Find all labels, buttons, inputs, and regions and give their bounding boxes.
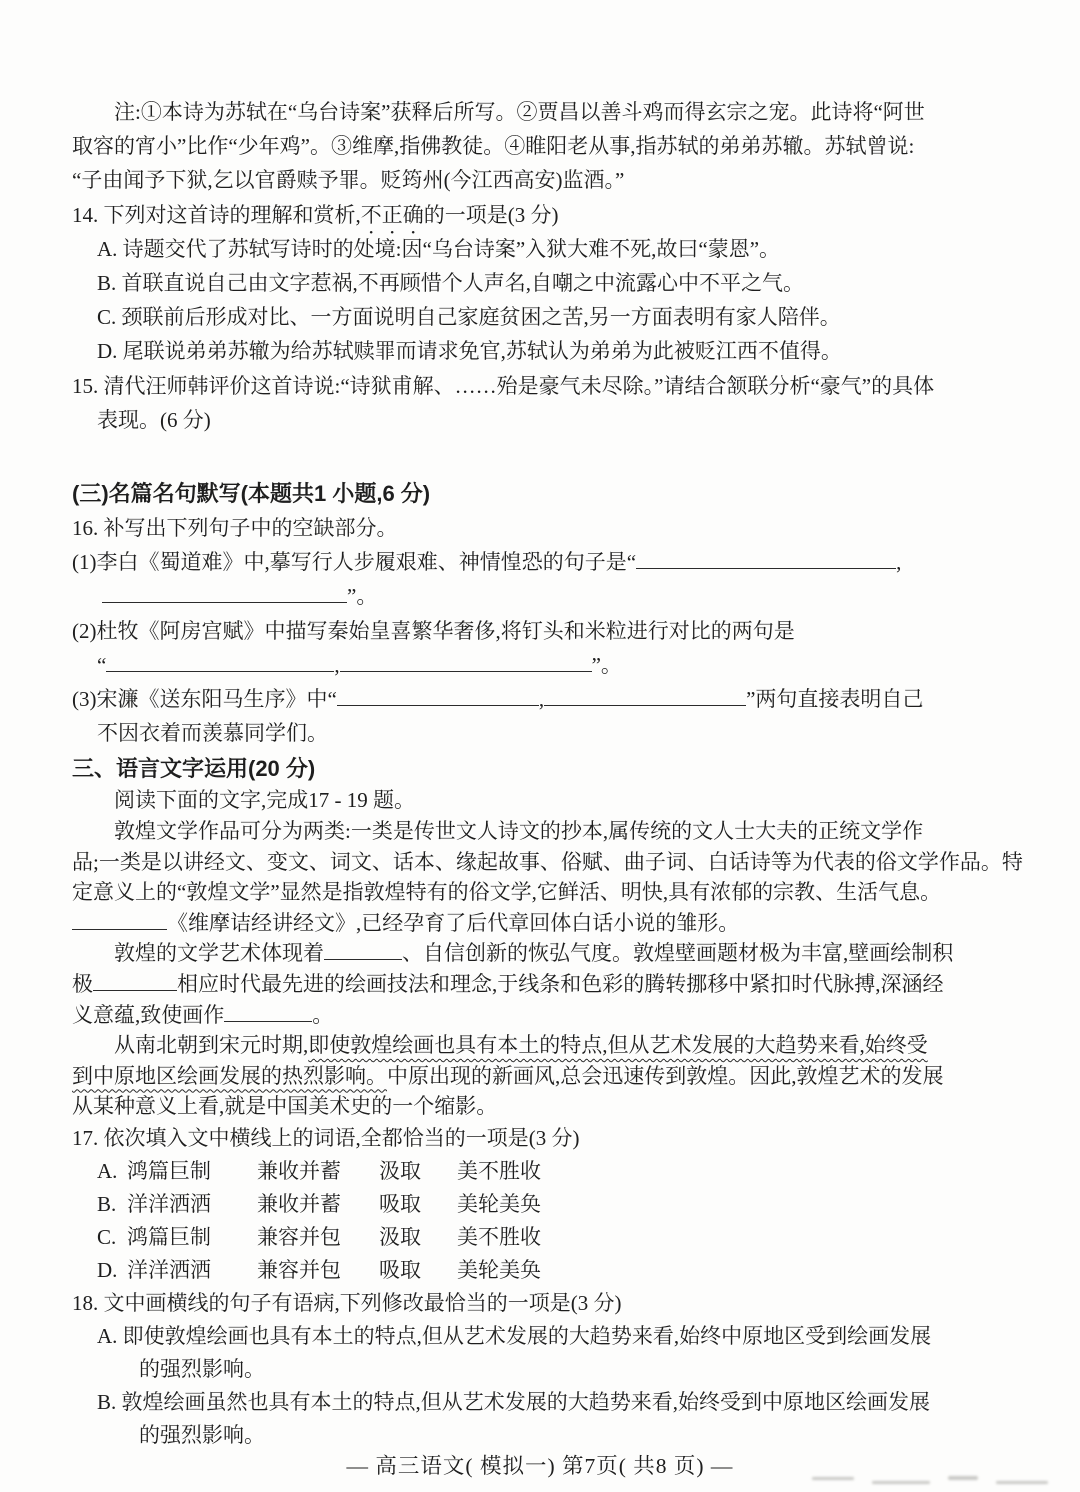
question-16-item-2-line-2: “,”。 bbox=[72, 648, 1042, 682]
answer-blank-line bbox=[106, 667, 334, 672]
question-17-option-a: A.鸿篇巨制兼收并蓄汲取美不胜收 bbox=[72, 1155, 1042, 1188]
option-text: 的强烈影响。 bbox=[139, 1423, 265, 1447]
poem-note-line-1: 注:①本诗为苏轼在“乌台诗案”获释后所写。②贾昌以善斗鸡而得玄宗之宠。此诗将“阿… bbox=[72, 95, 1042, 129]
bleed-through-artifact bbox=[996, 1481, 1048, 1484]
option-word-1: 洋洋洒洒 bbox=[127, 1188, 257, 1221]
passage-text: 从南北朝到宋元时期, bbox=[114, 1033, 308, 1057]
wavy-underlined-text: 到中原地区绘画发展的热烈影响。 bbox=[72, 1064, 387, 1088]
fill-in-blank-line bbox=[72, 925, 167, 930]
item-text: 不因衣着而羡慕同学们。 bbox=[97, 721, 328, 745]
question-14-option-d: D. 尾联说弟弟苏辙为给苏轼赎罪而请求免官,苏轼认为弟弟为此被贬江西不值得。 bbox=[72, 334, 1042, 368]
item-text: “ bbox=[97, 653, 106, 677]
question-14-stem: 14. 下列对这首诗的理解和赏析,不正确的一项是(3 分) bbox=[72, 198, 1042, 232]
answer-blank-line bbox=[340, 667, 592, 672]
question-18-stem: 18. 文中画横线的句子有语病,下列修改最恰当的一项是(3 分) bbox=[72, 1287, 1042, 1320]
item-text: ”。 bbox=[592, 653, 622, 677]
option-label: D. bbox=[97, 1254, 127, 1287]
passage-p1-line-1: 敦煌文学作品可分为两类:一类是传世文人诗文的抄本,属传统的文人士大夫的正统文学作 bbox=[72, 816, 1042, 847]
question-16-item-1-line-2: ”。 bbox=[72, 579, 1042, 613]
intro-text: 阅读下面的文字,完成17 - 19 题。 bbox=[114, 788, 415, 812]
page-footer: — 高三语文( 模拟一) 第7页( 共8 页) — bbox=[0, 1449, 1080, 1480]
question-18-option-b-line-2: 的强烈影响。 bbox=[72, 1419, 1042, 1452]
passage-text: 、自信创新的恢弘气度。敦煌壁画题材极为丰富,壁画绘制积 bbox=[402, 941, 953, 965]
passage-p2-line-3: 义意蕴,致使画作。 bbox=[72, 1000, 1042, 1031]
passage-p3-line-3: 从某种意义上看,就是中国美术史的一个缩影。 bbox=[72, 1091, 1042, 1122]
option-word-3: 汲取 bbox=[379, 1221, 457, 1254]
item-text: (3)宋濂《送东阳马生序》中“ bbox=[72, 687, 337, 711]
answer-blank-line bbox=[337, 701, 539, 706]
option-word-2: 兼收并蓄 bbox=[257, 1188, 379, 1221]
stem-text: 14. 下列对这首诗的理解和赏析, bbox=[72, 203, 361, 227]
option-word-3: 汲取 bbox=[379, 1155, 457, 1188]
note-text: 注:①本诗为苏轼在“乌台诗案”获释后所写。②贾昌以善斗鸡而得玄宗之宠。此诗将“阿… bbox=[114, 100, 925, 124]
option-text: B. 首联直说自己由文字惹祸,不再顾惜个人声名,自嘲之中流露心中不平之气。 bbox=[97, 271, 804, 295]
passage-p3-line-2: 到中原地区绘画发展的热烈影响。中原出现的新画风,总会迅速传到敦煌。因此,敦煌艺术… bbox=[72, 1061, 1042, 1092]
option-word-1: 鸿篇巨制 bbox=[127, 1221, 257, 1254]
passage-p2-line-1: 敦煌的文学艺术体现着、自信创新的恢弘气度。敦煌壁画题材极为丰富,壁画绘制积 bbox=[72, 938, 1042, 969]
section-moxie-title: (三)名篇名句默写(本题共1 小题,6 分) bbox=[72, 477, 1042, 511]
item-text: ”。 bbox=[347, 584, 377, 608]
passage-p3-line-1: 从南北朝到宋元时期,即使敦煌绘画也具有本土的特点,但从艺术发展的大趋势来看,始终… bbox=[72, 1030, 1042, 1061]
stem-text: 的一项是(3 分) bbox=[424, 203, 559, 227]
option-word-3: 吸取 bbox=[379, 1188, 457, 1221]
note-text: “子由闻予下狱,乞以官爵赎予罪。贬筠州(今江西高安)监酒。” bbox=[72, 168, 624, 192]
stem-text: 16. 补写出下列句子中的空缺部分。 bbox=[72, 516, 398, 540]
passage-intro: 阅读下面的文字,完成17 - 19 题。 bbox=[72, 785, 1042, 816]
section-lang-title: 三、语言文字运用(20 分) bbox=[72, 753, 1042, 785]
question-15-stem-line-1: 15. 清代汪师韩评价这首诗说:“诗狱甫解、……殆是豪气未尽除。”请结合颔联分析… bbox=[72, 369, 1042, 403]
wavy-underlined-text: 即使敦煌绘画也具有本土的特点,但从艺术发展的大趋势来看,始终受 bbox=[308, 1033, 928, 1057]
poem-note-line-2: 取容的宵小”比作“少年鸡”。③维摩,指佛教徒。④睢阳老从事,指苏轼的弟弟苏辙。苏… bbox=[72, 129, 1042, 163]
item-text: , bbox=[896, 550, 901, 574]
option-label: C. bbox=[97, 1221, 127, 1254]
passage-p2-line-2: 极相应时代最先进的绘画技法和理念,于线条和色彩的腾转挪移中紧扣时代脉搏,深涵经 bbox=[72, 969, 1042, 1000]
passage-text: 极 bbox=[72, 972, 93, 996]
item-text: , bbox=[334, 653, 339, 677]
option-word-2: 兼容并包 bbox=[257, 1254, 379, 1287]
bleed-through-artifact bbox=[948, 1476, 978, 1480]
passage-p1-line-3: 定意义上的“敦煌文学”显然是指敦煌特有的俗文学,它鲜活、明快,具有浓郁的宗教、生… bbox=[72, 877, 1042, 908]
question-14-option-b: B. 首联直说自己由文字惹祸,不再顾惜个人声名,自嘲之中流露心中不平之气。 bbox=[72, 266, 1042, 300]
passage-text: 敦煌的文学艺术体现着 bbox=[114, 941, 324, 965]
question-16-stem: 16. 补写出下列句子中的空缺部分。 bbox=[72, 511, 1042, 545]
poem-note-line-3: “子由闻予下狱,乞以官爵赎予罪。贬筠州(今江西高安)监酒。” bbox=[72, 163, 1042, 197]
option-text: B. 敦煌绘画虽然也具有本土的特点,但从艺术发展的大趋势来看,始终受到中原地区绘… bbox=[97, 1390, 930, 1414]
question-16-item-1-line-1: (1)李白《蜀道难》中,摹写行人步履艰难、神情惶恐的句子是“, bbox=[72, 545, 1042, 579]
bleed-through-artifact bbox=[812, 1477, 854, 1480]
option-word-4: 美不胜收 bbox=[457, 1155, 541, 1188]
question-18-option-a-line-1: A. 即使敦煌绘画也具有本土的特点,但从艺术发展的大趋势来看,始终中原地区受到绘… bbox=[72, 1320, 1042, 1353]
answer-blank-line bbox=[544, 701, 746, 706]
passage-text: 中原出现的新画风,总会迅速传到敦煌。因此,敦煌艺术的发展 bbox=[387, 1064, 944, 1088]
stem-text: 15. 清代汪师韩评价这首诗说:“诗狱甫解、……殆是豪气未尽除。”请结合颔联分析… bbox=[72, 374, 934, 398]
question-15-stem-line-2: 表现。(6 分) bbox=[72, 403, 1042, 437]
option-text: 的强烈影响。 bbox=[139, 1357, 265, 1381]
option-text: D. 尾联说弟弟苏辙为给苏轼赎罪而请求免官,苏轼认为弟弟为此被贬江西不值得。 bbox=[97, 339, 842, 363]
option-label: A. bbox=[97, 1155, 127, 1188]
question-14-option-c: C. 颈联前后形成对比、一方面说明自己家庭贫困之苦,另一方面表明有家人陪伴。 bbox=[72, 300, 1042, 334]
passage-text: 品;一类是以讲经文、变文、词文、话本、缘起故事、俗赋、曲子词、白话诗等为代表的俗… bbox=[72, 850, 1023, 874]
page-content: 注:①本诗为苏轼在“乌台诗案”获释后所写。②贾昌以善斗鸡而得玄宗之宠。此诗将“阿… bbox=[0, 0, 1080, 1452]
question-17-option-b: B.洋洋洒洒兼收并蓄吸取美轮美奂 bbox=[72, 1188, 1042, 1221]
passage-text: 敦煌文学作品可分为两类:一类是传世文人诗文的抄本,属传统的文人士大夫的正统文学作 bbox=[114, 819, 923, 843]
fill-in-blank-line bbox=[324, 955, 402, 960]
spacer bbox=[72, 437, 1042, 477]
question-17-option-d: D.洋洋洒洒兼容并包吸取美轮美奂 bbox=[72, 1254, 1042, 1287]
question-18-option-a-line-2: 的强烈影响。 bbox=[72, 1353, 1042, 1386]
item-text: , bbox=[539, 687, 544, 711]
passage-text: 从某种意义上看,就是中国美术史的一个缩影。 bbox=[72, 1094, 497, 1118]
section-title-text: (三)名篇名句默写(本题共1 小题,6 分) bbox=[72, 481, 430, 506]
emphasized-text: 不正确 bbox=[361, 203, 424, 227]
question-16-item-3-line-1: (3)宋濂《送东阳马生序》中“,”两句直接表明自己 bbox=[72, 682, 1042, 716]
section-title-text: 三、语言文字运用(20 分) bbox=[72, 756, 315, 781]
note-text: 取容的宵小”比作“少年鸡”。③维摩,指佛教徒。④睢阳老从事,指苏轼的弟弟苏辙。苏… bbox=[72, 134, 914, 158]
answer-blank-line bbox=[636, 564, 896, 569]
item-text: (2)杜牧《阿房宫赋》中描写秦始皇喜繁华奢侈,将钉头和米粒进行对比的两句是 bbox=[72, 619, 795, 643]
passage-text: 定意义上的“敦煌文学”显然是指敦煌特有的俗文学,它鲜活、明快,具有浓郁的宗教、生… bbox=[72, 880, 941, 904]
option-word-2: 兼收并蓄 bbox=[257, 1155, 379, 1188]
fill-in-blank-line bbox=[224, 1017, 312, 1022]
question-17-stem: 17. 依次填入文中横线上的词语,全都恰当的一项是(3 分) bbox=[72, 1122, 1042, 1155]
option-word-4: 美轮美奂 bbox=[457, 1188, 541, 1221]
question-14-option-a: A. 诗题交代了苏轼写诗时的处境:因“乌台诗案”入狱大难不死,故曰“蒙恩”。 bbox=[72, 232, 1042, 266]
question-16-item-3-line-2: 不因衣着而羡慕同学们。 bbox=[72, 716, 1042, 750]
passage-p1-line-4: 《维摩诘经讲经文》,已经孕育了后代章回体白话小说的雏形。 bbox=[72, 908, 1042, 939]
bleed-through-artifact bbox=[872, 1481, 930, 1484]
option-text: C. 颈联前后形成对比、一方面说明自己家庭贫困之苦,另一方面表明有家人陪伴。 bbox=[97, 305, 841, 329]
option-word-2: 兼容并包 bbox=[257, 1221, 379, 1254]
question-16-item-2-line-1: (2)杜牧《阿房宫赋》中描写秦始皇喜繁华奢侈,将钉头和米粒进行对比的两句是 bbox=[72, 614, 1042, 648]
option-word-1: 鸿篇巨制 bbox=[127, 1155, 257, 1188]
fill-in-blank-line bbox=[93, 986, 177, 991]
passage-text: 《维摩诘经讲经文》,已经孕育了后代章回体白话小说的雏形。 bbox=[167, 911, 739, 935]
answer-blank-line bbox=[102, 598, 347, 603]
passage-text: 义意蕴,致使画作 bbox=[72, 1003, 224, 1027]
exam-paper-page: 注:①本诗为苏轼在“乌台诗案”获释后所写。②贾昌以善斗鸡而得玄宗之宠。此诗将“阿… bbox=[0, 0, 1080, 1492]
footer-text: — 高三语文( 模拟一) 第7页( 共8 页) — bbox=[347, 1454, 734, 1478]
item-text: ”两句直接表明自己 bbox=[746, 687, 923, 711]
option-label: B. bbox=[97, 1188, 127, 1221]
item-text: (1)李白《蜀道难》中,摹写行人步履艰难、神情惶恐的句子是“ bbox=[72, 550, 636, 574]
stem-text: 17. 依次填入文中横线上的词语,全都恰当的一项是(3 分) bbox=[72, 1126, 580, 1150]
option-text: A. 诗题交代了苏轼写诗时的处境:因“乌台诗案”入狱大难不死,故曰“蒙恩”。 bbox=[97, 237, 780, 261]
option-word-3: 吸取 bbox=[379, 1254, 457, 1287]
question-18-option-b-line-1: B. 敦煌绘画虽然也具有本土的特点,但从艺术发展的大趋势来看,始终受到中原地区绘… bbox=[72, 1386, 1042, 1419]
stem-text: 18. 文中画横线的句子有语病,下列修改最恰当的一项是(3 分) bbox=[72, 1291, 621, 1315]
option-word-4: 美轮美奂 bbox=[457, 1254, 541, 1287]
option-text: A. 即使敦煌绘画也具有本土的特点,但从艺术发展的大趋势来看,始终中原地区受到绘… bbox=[97, 1324, 931, 1348]
question-17-option-c: C.鸿篇巨制兼容并包汲取美不胜收 bbox=[72, 1221, 1042, 1254]
passage-p1-line-2: 品;一类是以讲经文、变文、词文、话本、缘起故事、俗赋、曲子词、白话诗等为代表的俗… bbox=[72, 847, 1042, 878]
passage-text: 相应时代最先进的绘画技法和理念,于线条和色彩的腾转挪移中紧扣时代脉搏,深涵经 bbox=[177, 972, 944, 996]
option-word-1: 洋洋洒洒 bbox=[127, 1254, 257, 1287]
passage-text: 。 bbox=[312, 1003, 333, 1027]
stem-text: 表现。(6 分) bbox=[97, 408, 211, 432]
option-word-4: 美不胜收 bbox=[457, 1221, 541, 1254]
